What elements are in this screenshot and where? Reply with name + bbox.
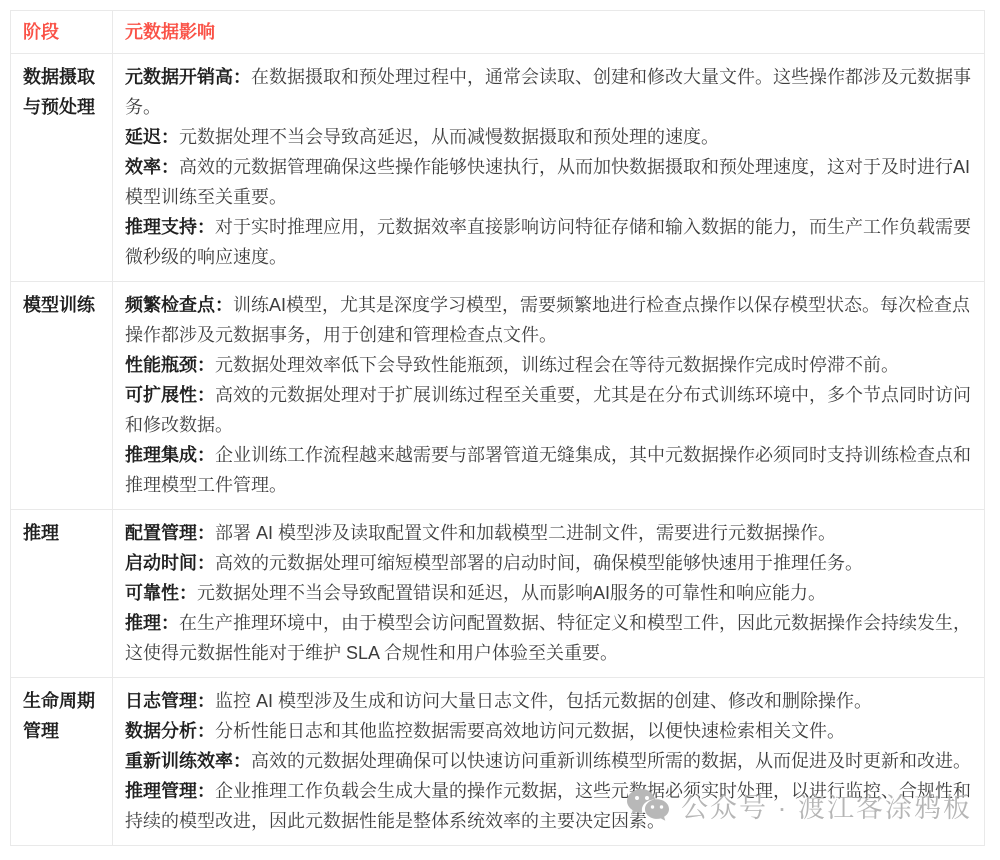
impact-item-label: 推理管理： — [125, 781, 215, 801]
impact-item: 数据分析：分析性能日志和其他监控数据需要高效地访问元数据，以便快速检索相关文件。 — [125, 716, 972, 746]
stage-cell: 模型训练 — [11, 282, 113, 510]
impact-item: 效率：高效的元数据管理确保这些操作能够快速执行，从而加快数据摄取和预处理速度，这… — [125, 152, 972, 212]
impact-item-text: 在生产推理环境中，由于模型会访问配置数据、特征定义和模型工件，因此元数据操作会持… — [125, 613, 971, 663]
impact-item-text: 企业训练工作流程越来越需要与部署管道无缝集成，其中元数据操作必须同时支持训练检查… — [125, 445, 971, 495]
impact-item-text: 元数据处理效率低下会导致性能瓶颈，训练过程会在等待元数据操作完成时停滞不前。 — [215, 355, 899, 375]
impact-item: 日志管理：监控 AI 模型涉及生成和访问大量日志文件，包括元数据的创建、修改和删… — [125, 686, 972, 716]
impact-item-text: 对于实时推理应用，元数据效率直接影响访问特征存储和输入数据的能力，而生产工作负载… — [125, 217, 971, 267]
impact-item-text: 分析性能日志和其他监控数据需要高效地访问元数据，以便快速检索相关文件。 — [215, 721, 845, 741]
impact-item: 推理：在生产推理环境中，由于模型会访问配置数据、特征定义和模型工件，因此元数据操… — [125, 608, 972, 668]
impact-item: 推理集成：企业训练工作流程越来越需要与部署管道无缝集成，其中元数据操作必须同时支… — [125, 440, 972, 500]
impact-item-label: 数据分析： — [125, 721, 215, 741]
stage-cell: 数据摄取与预处理 — [11, 54, 113, 282]
impact-item-label: 重新训练效率： — [125, 751, 251, 771]
impact-cell: 频繁检查点：训练AI模型，尤其是深度学习模型，需要频繁地进行检查点操作以保存模型… — [113, 282, 985, 510]
impact-cell: 配置管理：部署 AI 模型涉及读取配置文件和加载模型二进制文件，需要进行元数据操… — [113, 510, 985, 678]
impact-item-text: 部署 AI 模型涉及读取配置文件和加载模型二进制文件，需要进行元数据操作。 — [215, 523, 836, 543]
stage-cell: 推理 — [11, 510, 113, 678]
impact-item-label: 性能瓶颈： — [125, 355, 215, 375]
impact-item-label: 配置管理： — [125, 523, 215, 543]
impact-item-text: 高效的元数据管理确保这些操作能够快速执行，从而加快数据摄取和预处理速度，这对于及… — [125, 157, 970, 207]
impact-item-label: 延迟： — [125, 127, 179, 147]
impact-item-label: 启动时间： — [125, 553, 215, 573]
impact-item: 配置管理：部署 AI 模型涉及读取配置文件和加载模型二进制文件，需要进行元数据操… — [125, 518, 972, 548]
impact-item-label: 推理： — [125, 613, 179, 633]
header-impact: 元数据影响 — [113, 11, 985, 54]
impact-item-text: 高效的元数据处理确保可以快速访问重新训练模型所需的数据，从而促进及时更新和改进。 — [251, 751, 971, 771]
impact-item-text: 高效的元数据处理对于扩展训练过程至关重要，尤其是在分布式训练环境中，多个节点同时… — [125, 385, 971, 435]
impact-item-label: 可靠性： — [125, 583, 197, 603]
impact-item-text: 元数据处理不当会导致高延迟，从而减慢数据摄取和预处理的速度。 — [179, 127, 719, 147]
impact-cell: 元数据开销高：在数据摄取和预处理过程中，通常会读取、创建和修改大量文件。这些操作… — [113, 54, 985, 282]
impact-item-label: 日志管理： — [125, 691, 215, 711]
impact-item: 元数据开销高：在数据摄取和预处理过程中，通常会读取、创建和修改大量文件。这些操作… — [125, 62, 972, 122]
table-row: 数据摄取与预处理 元数据开销高：在数据摄取和预处理过程中，通常会读取、创建和修改… — [11, 54, 985, 282]
table-row: 推理 配置管理：部署 AI 模型涉及读取配置文件和加载模型二进制文件，需要进行元… — [11, 510, 985, 678]
wechat-icon — [625, 787, 671, 825]
impact-item-text: 元数据处理不当会导致配置错误和延迟，从而影响AI服务的可靠性和响应能力。 — [197, 583, 826, 603]
impact-item: 可扩展性：高效的元数据处理对于扩展训练过程至关重要，尤其是在分布式训练环境中，多… — [125, 380, 972, 440]
impact-item-label: 元数据开销高： — [125, 67, 251, 87]
header-stage: 阶段 — [11, 11, 113, 54]
impact-item: 性能瓶颈：元数据处理效率低下会导致性能瓶颈，训练过程会在等待元数据操作完成时停滞… — [125, 350, 972, 380]
impact-item-label: 频繁检查点： — [125, 295, 233, 315]
impact-item: 推理支持：对于实时推理应用，元数据效率直接影响访问特征存储和输入数据的能力，而生… — [125, 212, 972, 272]
watermark-text: 公众号 · 渡江客涂鸦板 — [681, 786, 972, 825]
impact-item: 重新训练效率：高效的元数据处理确保可以快速访问重新训练模型所需的数据，从而促进及… — [125, 746, 972, 776]
table-row: 模型训练 频繁检查点：训练AI模型，尤其是深度学习模型，需要频繁地进行检查点操作… — [11, 282, 985, 510]
watermark: 公众号 · 渡江客涂鸦板 — [625, 786, 972, 825]
impact-item-text: 训练AI模型，尤其是深度学习模型，需要频繁地进行检查点操作以保存模型状态。每次检… — [125, 295, 970, 345]
stage-cell: 生命周期管理 — [11, 678, 113, 846]
impact-item-text: 在数据摄取和预处理过程中，通常会读取、创建和修改大量文件。这些操作都涉及元数据事… — [125, 67, 971, 117]
impact-item: 延迟：元数据处理不当会导致高延迟，从而减慢数据摄取和预处理的速度。 — [125, 122, 972, 152]
table-header-row: 阶段 元数据影响 — [11, 11, 985, 54]
impact-item-label: 推理支持： — [125, 217, 215, 237]
impact-item: 启动时间：高效的元数据处理可缩短模型部署的启动时间，确保模型能够快速用于推理任务… — [125, 548, 972, 578]
metadata-impact-table: 阶段 元数据影响 数据摄取与预处理 元数据开销高：在数据摄取和预处理过程中，通常… — [10, 10, 985, 846]
impact-item-label: 推理集成： — [125, 445, 215, 465]
page: 阶段 元数据影响 数据摄取与预处理 元数据开销高：在数据摄取和预处理过程中，通常… — [0, 0, 1000, 860]
impact-item-text: 监控 AI 模型涉及生成和访问大量日志文件，包括元数据的创建、修改和删除操作。 — [215, 691, 872, 711]
impact-item-text: 高效的元数据处理可缩短模型部署的启动时间，确保模型能够快速用于推理任务。 — [215, 553, 863, 573]
impact-item: 频繁检查点：训练AI模型，尤其是深度学习模型，需要频繁地进行检查点操作以保存模型… — [125, 290, 972, 350]
impact-item-label: 可扩展性： — [125, 385, 215, 405]
impact-item-label: 效率： — [125, 157, 179, 177]
impact-item: 可靠性：元数据处理不当会导致配置错误和延迟，从而影响AI服务的可靠性和响应能力。 — [125, 578, 972, 608]
